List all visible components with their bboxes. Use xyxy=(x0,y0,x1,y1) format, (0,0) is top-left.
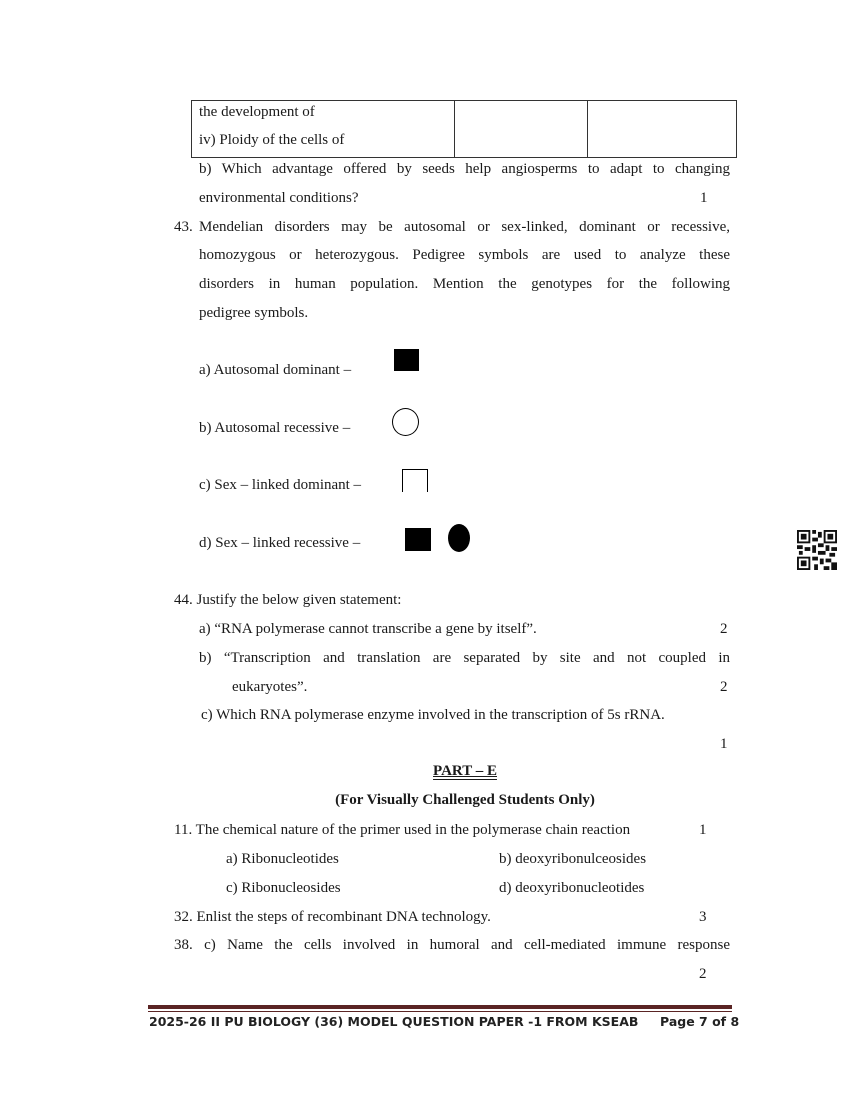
part-e-subtitle: (For Visually Challenged Students Only) xyxy=(0,792,850,809)
q38c-text: 38. c) Name the cells involved in humora… xyxy=(174,935,730,955)
pedigree-item-d: d) Sex – linked recessive – xyxy=(199,533,360,553)
table-cell: the development of iv) Ploidy of the cel… xyxy=(192,101,455,158)
q42b-line2: environmental conditions? xyxy=(199,188,359,208)
table-row: the development of iv) Ploidy of the cel… xyxy=(192,101,737,158)
q43-line4: pedigree symbols. xyxy=(199,303,308,323)
q11-text: 11. The chemical nature of the primer us… xyxy=(174,820,630,840)
filled-square-icon xyxy=(405,528,431,551)
q44a-text: a) “RNA polymerase cannot transcribe a g… xyxy=(199,619,537,639)
table-cell xyxy=(455,101,588,158)
q11-option-b: b) deoxyribonulceosides xyxy=(499,849,646,869)
q32-marks: 3 xyxy=(699,907,707,927)
q43-line2: homozygous or heterozygous. Pedigree sym… xyxy=(199,245,730,265)
filled-circle-icon xyxy=(448,524,470,552)
q11-option-c: c) Ribonucleosides xyxy=(226,878,341,898)
q44a-marks: 2 xyxy=(720,619,728,639)
q44-intro: 44. Justify the below given statement: xyxy=(174,590,401,610)
pedigree-item-b: b) Autosomal recessive – xyxy=(199,418,350,438)
q44b-line1: b) “Transcription and translation are se… xyxy=(199,648,730,668)
footer-rule-thin xyxy=(148,1011,732,1012)
q32-text: 32. Enlist the steps of recombinant DNA … xyxy=(174,907,491,927)
q43-line3: disorders in human population. Mention t… xyxy=(199,274,730,294)
table-fragment: the development of iv) Ploidy of the cel… xyxy=(191,100,737,158)
table-cell xyxy=(588,101,737,158)
q42b-marks: 1 xyxy=(700,188,708,208)
q11-marks: 1 xyxy=(699,820,707,840)
q43-line1: Mendelian disorders may be autosomal or … xyxy=(199,217,730,237)
q42b-line1: b) Which advantage offered by seeds help… xyxy=(199,159,730,179)
qr-code-icon[interactable] xyxy=(797,530,837,570)
filled-square-icon xyxy=(394,349,419,371)
q44b-marks: 2 xyxy=(720,677,728,697)
cell-text: the development of xyxy=(199,101,454,129)
q44c-text: c) Which RNA polymerase enzyme involved … xyxy=(201,705,665,725)
open-square-icon xyxy=(402,469,428,492)
q11-option-a: a) Ribonucleotides xyxy=(226,849,339,869)
open-circle-icon xyxy=(392,408,419,436)
footer-rule xyxy=(148,1005,732,1009)
q11-option-d: d) deoxyribonucleotides xyxy=(499,878,644,898)
q38c-marks: 2 xyxy=(699,964,707,984)
pedigree-item-c: c) Sex – linked dominant – xyxy=(199,475,361,495)
footer-title: 2025-26 II PU BIOLOGY (36) MODEL QUESTIO… xyxy=(149,1014,638,1029)
footer-page-number: Page 7 of 8 xyxy=(660,1014,739,1029)
q44c-marks: 1 xyxy=(720,734,728,754)
q43-number: 43. xyxy=(174,217,193,237)
q44b-line2: eukaryotes”. xyxy=(232,677,307,697)
pedigree-item-a: a) Autosomal dominant – xyxy=(199,360,351,380)
cell-text: iv) Ploidy of the cells of xyxy=(199,129,454,157)
part-e-title: PART – E xyxy=(0,763,850,780)
